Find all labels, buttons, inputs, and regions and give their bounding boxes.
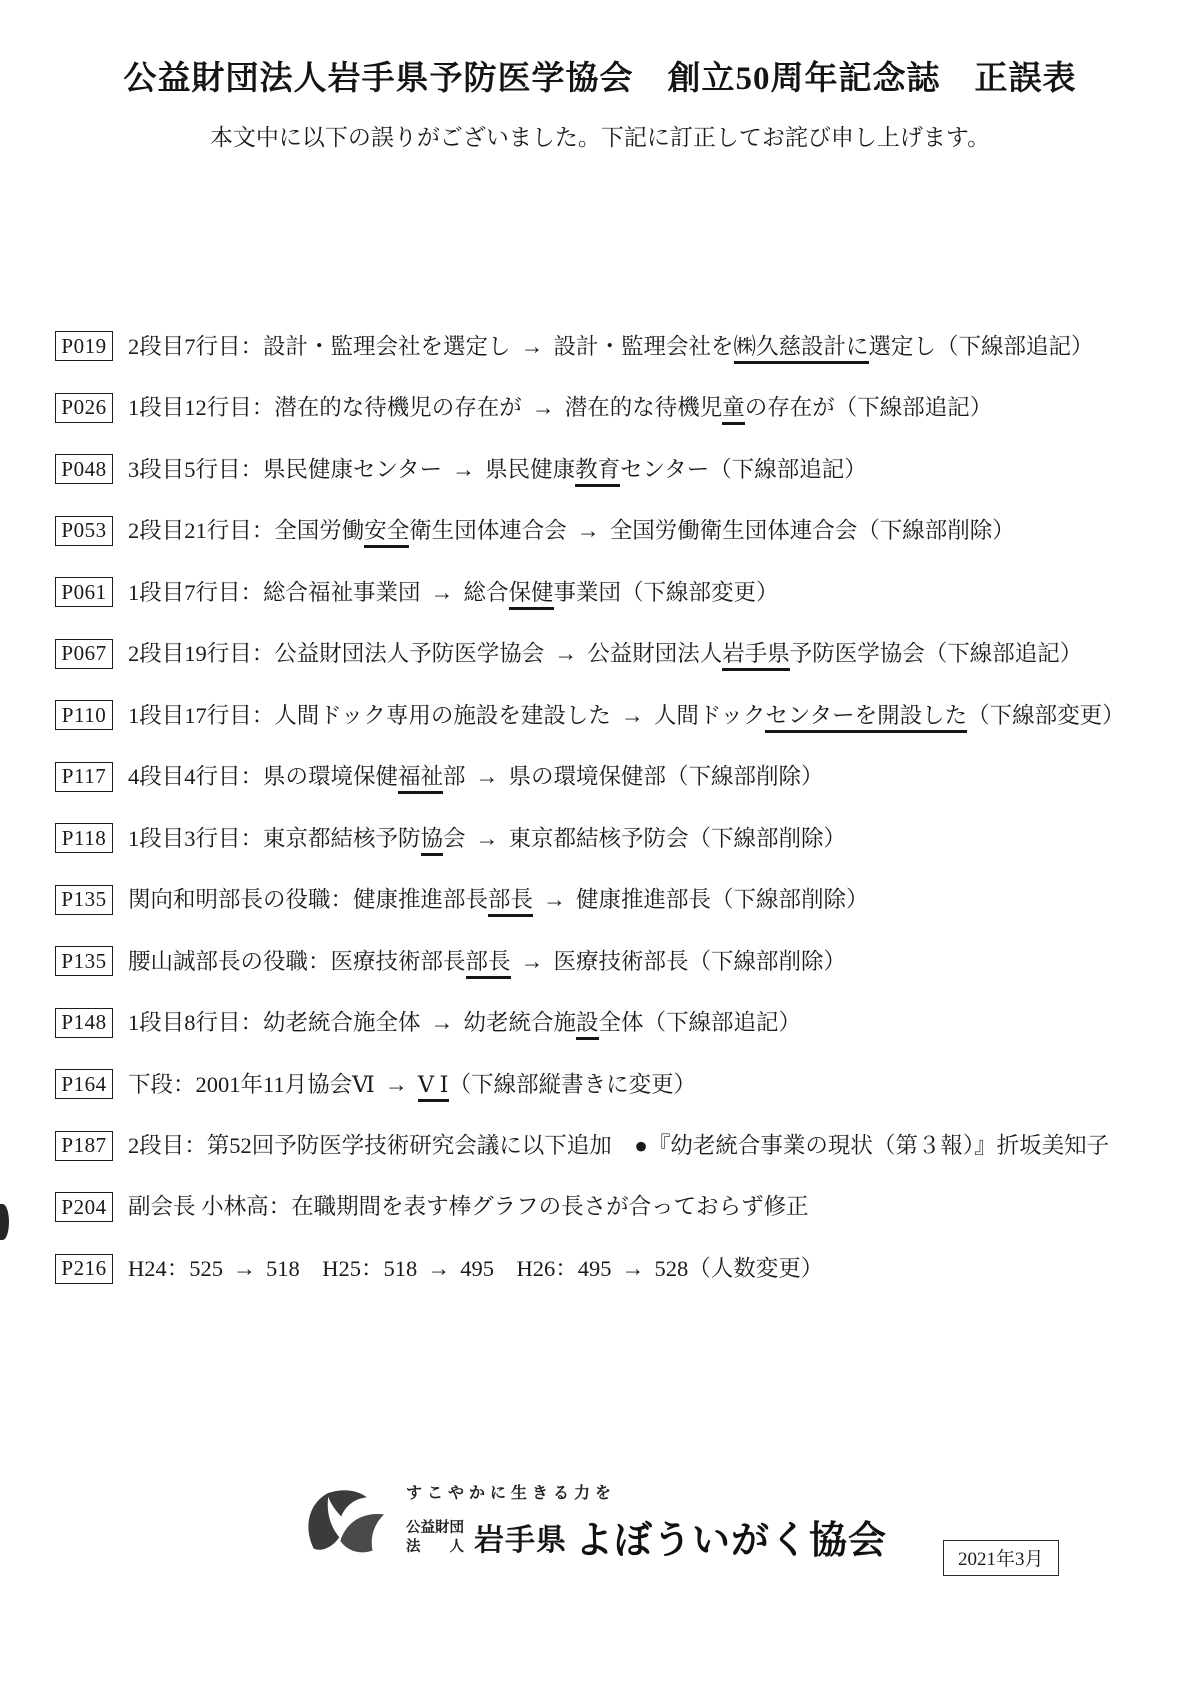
association-logo: すこやかに生きる力を 公益財団 法 人 岩手県 よぼういがく協会 bbox=[298, 1478, 887, 1560]
underlined-text: 安全 bbox=[364, 518, 409, 548]
page-box: P118 bbox=[55, 823, 113, 853]
row-text: 医療技術部長（下線部削除） bbox=[554, 949, 847, 974]
errata-row: P148 1段目8行目：幼老統合施全体→幼老統合施設全体（下線部追記） bbox=[55, 1008, 1180, 1038]
page-title: 公益財団法人岩手県予防医学協会 創立50周年記念誌 正誤表 bbox=[0, 52, 1200, 99]
scan-artifact bbox=[0, 1204, 9, 1240]
row-text: （下線部変更） bbox=[967, 703, 1125, 728]
row-text: 全体（下線部追記） bbox=[599, 1010, 802, 1035]
row-text: 1段目7行目：総合福祉事業団 bbox=[128, 580, 421, 605]
row-text: 528（人数変更） bbox=[655, 1256, 824, 1281]
foundation-type-char: 人 bbox=[450, 1538, 465, 1557]
row-text: 総合 bbox=[464, 580, 509, 605]
row-text: 副会長 小林高：在職期間を表す棒グラフの長さが合っておらず修正 bbox=[128, 1194, 809, 1219]
organization-name-line: 公益財団 法 人 岩手県 よぼういがく協会 bbox=[406, 1515, 887, 1559]
row-text: 腰山誠部長の役職：医療技術部長 bbox=[128, 949, 466, 974]
underlined-text: 保健 bbox=[509, 580, 554, 610]
page-box: P204 bbox=[55, 1192, 113, 1222]
foundation-type-char: 法 bbox=[406, 1538, 421, 1557]
errata-row: P135 関向和明部長の役職：健康推進部長部長→健康推進部長（下線部削除） bbox=[55, 885, 1180, 915]
page-box: P164 bbox=[55, 1069, 113, 1099]
arrow-icon: → bbox=[621, 702, 644, 728]
organization-name: よぼういがく協会 bbox=[575, 1523, 887, 1559]
arrow-icon: → bbox=[532, 394, 555, 420]
logo-tagline: すこやかに生きる力を bbox=[406, 1480, 887, 1503]
row-content: 3段目5行目：県民健康センター→県民健康教育センター（下線部追記） bbox=[128, 454, 867, 485]
errata-row: P118 1段目3行目：東京都結核予防協会→東京都結核予防会（下線部削除） bbox=[55, 823, 1180, 853]
arrow-icon: → bbox=[622, 1255, 645, 1281]
page-box: P216 bbox=[55, 1254, 113, 1284]
page-box: P019 bbox=[55, 331, 113, 361]
errata-row: P067 2段目19行目：公益財団法人予防医学協会→公益財団法人岩手県予防医学協… bbox=[55, 639, 1180, 669]
row-text: 設計・監理会社を bbox=[554, 334, 734, 359]
row-text: 495 H26：495 bbox=[460, 1256, 611, 1281]
row-text: 1段目8行目：幼老統合施全体 bbox=[128, 1010, 421, 1035]
row-text: 1段目3行目：東京都結核予防 bbox=[128, 826, 421, 851]
errata-row: P061 1段目7行目：総合福祉事業団→総合保健事業団（下線部変更） bbox=[55, 577, 1180, 607]
row-content: 1段目12行目：潜在的な待機児の存在が→潜在的な待機児童の存在が（下線部追記） bbox=[128, 392, 992, 423]
errata-row: P216 H24：525→518 H25：518→495 H26：495→528… bbox=[55, 1254, 1180, 1284]
underlined-text: 福祉 bbox=[398, 764, 443, 794]
arrow-icon: → bbox=[476, 825, 499, 851]
row-text: 衛生団体連合会 bbox=[409, 518, 567, 543]
underlined-text: 協 bbox=[421, 826, 444, 856]
organization-region: 岩手県 bbox=[474, 1515, 567, 1559]
arrow-icon: → bbox=[521, 948, 544, 974]
underlined-text: センターを開設した bbox=[765, 703, 967, 733]
errata-row: P048 3段目5行目：県民健康センター→県民健康教育センター（下線部追記） bbox=[55, 454, 1180, 484]
row-text: H24：525 bbox=[128, 1256, 223, 1281]
arrow-icon: → bbox=[521, 333, 544, 359]
arrow-icon: → bbox=[427, 1255, 450, 1281]
row-content: 1段目7行目：総合福祉事業団→総合保健事業団（下線部変更） bbox=[128, 577, 779, 608]
row-text: 2段目19行目：公益財団法人予防医学協会 bbox=[128, 641, 544, 666]
arrow-icon: → bbox=[577, 517, 600, 543]
errata-row: P053 2段目21行目：全国労働安全衛生団体連合会→全国労働衛生団体連合会（下… bbox=[55, 516, 1180, 546]
row-text: 518 H25：518 bbox=[266, 1256, 417, 1281]
row-text: 1段目12行目：潜在的な待機児の存在が bbox=[128, 395, 522, 420]
arrow-icon: → bbox=[554, 640, 577, 666]
page-box: P135 bbox=[55, 885, 113, 915]
row-content: 4段目4行目：県の環境保健福祉部→県の環境保健部（下線部削除） bbox=[128, 761, 824, 792]
row-text: 幼老統合施 bbox=[464, 1010, 577, 1035]
row-content: 副会長 小林高：在職期間を表す棒グラフの長さが合っておらず修正 bbox=[128, 1192, 809, 1222]
row-text: 事業団（下線部変更） bbox=[554, 580, 779, 605]
errata-list: P019 2段目7行目：設計・監理会社を選定し→設計・監理会社を㈱久慈設計に選定… bbox=[55, 331, 1180, 1315]
foundation-type-line1: 公益財団 bbox=[406, 1519, 464, 1538]
page-box: P135 bbox=[55, 946, 113, 976]
errata-row: P117 4段目4行目：県の環境保健福祉部→県の環境保健部（下線部削除） bbox=[55, 762, 1180, 792]
page-box: P053 bbox=[55, 516, 113, 546]
publication-date-box: 2021年3月 bbox=[943, 1540, 1059, 1576]
page-box: P067 bbox=[55, 639, 113, 669]
row-text: 下段：2001年11月協会Ⅵ bbox=[128, 1072, 375, 1097]
row-content: 1段目3行目：東京都結核予防協会→東京都結核予防会（下線部削除） bbox=[128, 823, 846, 854]
row-content: 1段目17行目：人間ドック専用の施設を建設した→人間ドックセンターを開設した（下… bbox=[128, 700, 1125, 731]
row-text: 県の環境保健部（下線部削除） bbox=[509, 764, 824, 789]
underlined-text: 童 bbox=[722, 395, 745, 425]
errata-row: P110 1段目17行目：人間ドック専用の施設を建設した→人間ドックセンターを開… bbox=[55, 700, 1180, 730]
logo-text-block: すこやかに生きる力を 公益財団 法 人 岩手県 よぼういがく協会 bbox=[406, 1478, 887, 1560]
row-content: 2段目：第52回予防医学技術研究会議に以下追加 ●『幼老統合事業の現状（第３報）… bbox=[128, 1131, 1109, 1161]
row-text: 選定し（下線部追記） bbox=[869, 334, 1094, 359]
row-text: 3段目5行目：県民健康センター bbox=[128, 457, 442, 482]
row-content: 腰山誠部長の役職：医療技術部長部長→医療技術部長（下線部削除） bbox=[128, 946, 846, 977]
row-text: 関向和明部長の役職：健康推進部長 bbox=[128, 887, 488, 912]
underlined-text: 部長 bbox=[488, 887, 533, 917]
page-box: P110 bbox=[55, 700, 113, 730]
errata-row: P204 副会長 小林高：在職期間を表す棒グラフの長さが合っておらず修正 bbox=[55, 1192, 1180, 1222]
row-content: 1段目8行目：幼老統合施全体→幼老統合施設全体（下線部追記） bbox=[128, 1007, 801, 1038]
row-text: 公益財団法人 bbox=[587, 641, 722, 666]
errata-row: P026 1段目12行目：潜在的な待機児の存在が→潜在的な待機児童の存在が（下線… bbox=[55, 393, 1180, 423]
row-text: の存在が（下線部追記） bbox=[745, 395, 993, 420]
page-box: P061 bbox=[55, 577, 113, 607]
row-content: 下段：2001年11月協会Ⅵ→Ⅴ Ⅰ（下線部縦書きに変更） bbox=[128, 1069, 696, 1100]
row-content: 2段目7行目：設計・監理会社を選定し→設計・監理会社を㈱久慈設計に選定し（下線部… bbox=[128, 331, 1094, 362]
row-content: 関向和明部長の役職：健康推進部長部長→健康推進部長（下線部削除） bbox=[128, 884, 869, 915]
arrow-icon: → bbox=[476, 763, 499, 789]
row-text: 県民健康 bbox=[485, 457, 575, 482]
errata-row: P187 2段目：第52回予防医学技術研究会議に以下追加 ●『幼老統合事業の現状… bbox=[55, 1131, 1180, 1161]
row-text: （下線部縦書きに変更） bbox=[449, 1072, 697, 1097]
row-text: 1段目17行目：人間ドック専用の施設を建設した bbox=[128, 703, 611, 728]
page-box: P117 bbox=[55, 762, 113, 792]
row-text: センター（下線部追記） bbox=[620, 457, 867, 482]
row-text: 2段目21行目：全国労働 bbox=[128, 518, 364, 543]
row-text: 全国労働衛生団体連合会（下線部削除） bbox=[610, 518, 1015, 543]
underlined-text: Ⅴ Ⅰ bbox=[418, 1072, 449, 1102]
association-logo-mark-icon bbox=[298, 1486, 394, 1560]
row-text: 予防医学協会（下線部追記） bbox=[790, 641, 1083, 666]
page-box: P026 bbox=[55, 393, 113, 423]
underlined-text: 岩手県 bbox=[722, 641, 790, 671]
errata-row: P019 2段目7行目：設計・監理会社を選定し→設計・監理会社を㈱久慈設計に選定… bbox=[55, 331, 1180, 361]
underlined-text: ㈱久慈設計に bbox=[734, 334, 869, 364]
page-box: P187 bbox=[55, 1131, 113, 1161]
arrow-icon: → bbox=[543, 886, 566, 912]
row-text: 2段目：第52回予防医学技術研究会議に以下追加 ●『幼老統合事業の現状（第３報）… bbox=[128, 1133, 1109, 1158]
row-text: 人間ドック bbox=[654, 703, 766, 728]
document-header: 公益財団法人岩手県予防医学協会 創立50周年記念誌 正誤表 本文中に以下の誤りが… bbox=[0, 52, 1200, 152]
arrow-icon: → bbox=[385, 1071, 408, 1097]
page-box: P148 bbox=[55, 1008, 113, 1038]
underlined-text: 教育 bbox=[575, 457, 620, 487]
row-text: 潜在的な待機児 bbox=[565, 395, 723, 420]
arrow-icon: → bbox=[431, 579, 454, 605]
underlined-text: 設 bbox=[576, 1010, 599, 1040]
row-text: 東京都結核予防会（下線部削除） bbox=[509, 826, 847, 851]
row-text: 4段目4行目：県の環境保健 bbox=[128, 764, 398, 789]
row-text: 健康推進部長（下線部削除） bbox=[576, 887, 869, 912]
page-box: P048 bbox=[55, 454, 113, 484]
foundation-type-line2: 法 人 bbox=[406, 1538, 464, 1557]
row-text: 2段目7行目：設計・監理会社を選定し bbox=[128, 334, 511, 359]
errata-row: P135 腰山誠部長の役職：医療技術部長部長→医療技術部長（下線部削除） bbox=[55, 946, 1180, 976]
arrow-icon: → bbox=[431, 1009, 454, 1035]
arrow-icon: → bbox=[233, 1255, 256, 1281]
row-content: H24：525→518 H25：518→495 H26：495→528（人数変更… bbox=[128, 1253, 823, 1284]
underlined-text: 部長 bbox=[466, 949, 511, 979]
arrow-icon: → bbox=[452, 456, 475, 482]
row-content: 2段目21行目：全国労働安全衛生団体連合会→全国労働衛生団体連合会（下線部削除） bbox=[128, 515, 1015, 546]
foundation-type-label: 公益財団 法 人 bbox=[406, 1519, 464, 1559]
row-text: 会 bbox=[443, 826, 466, 851]
subtitle: 本文中に以下の誤りがございました。下記に訂正してお詫び申し上げます。 bbox=[0, 119, 1200, 152]
row-text: 部 bbox=[443, 764, 466, 789]
row-content: 2段目19行目：公益財団法人予防医学協会→公益財団法人岩手県予防医学協会（下線部… bbox=[128, 638, 1082, 669]
errata-row: P164 下段：2001年11月協会Ⅵ→Ⅴ Ⅰ（下線部縦書きに変更） bbox=[55, 1069, 1180, 1099]
